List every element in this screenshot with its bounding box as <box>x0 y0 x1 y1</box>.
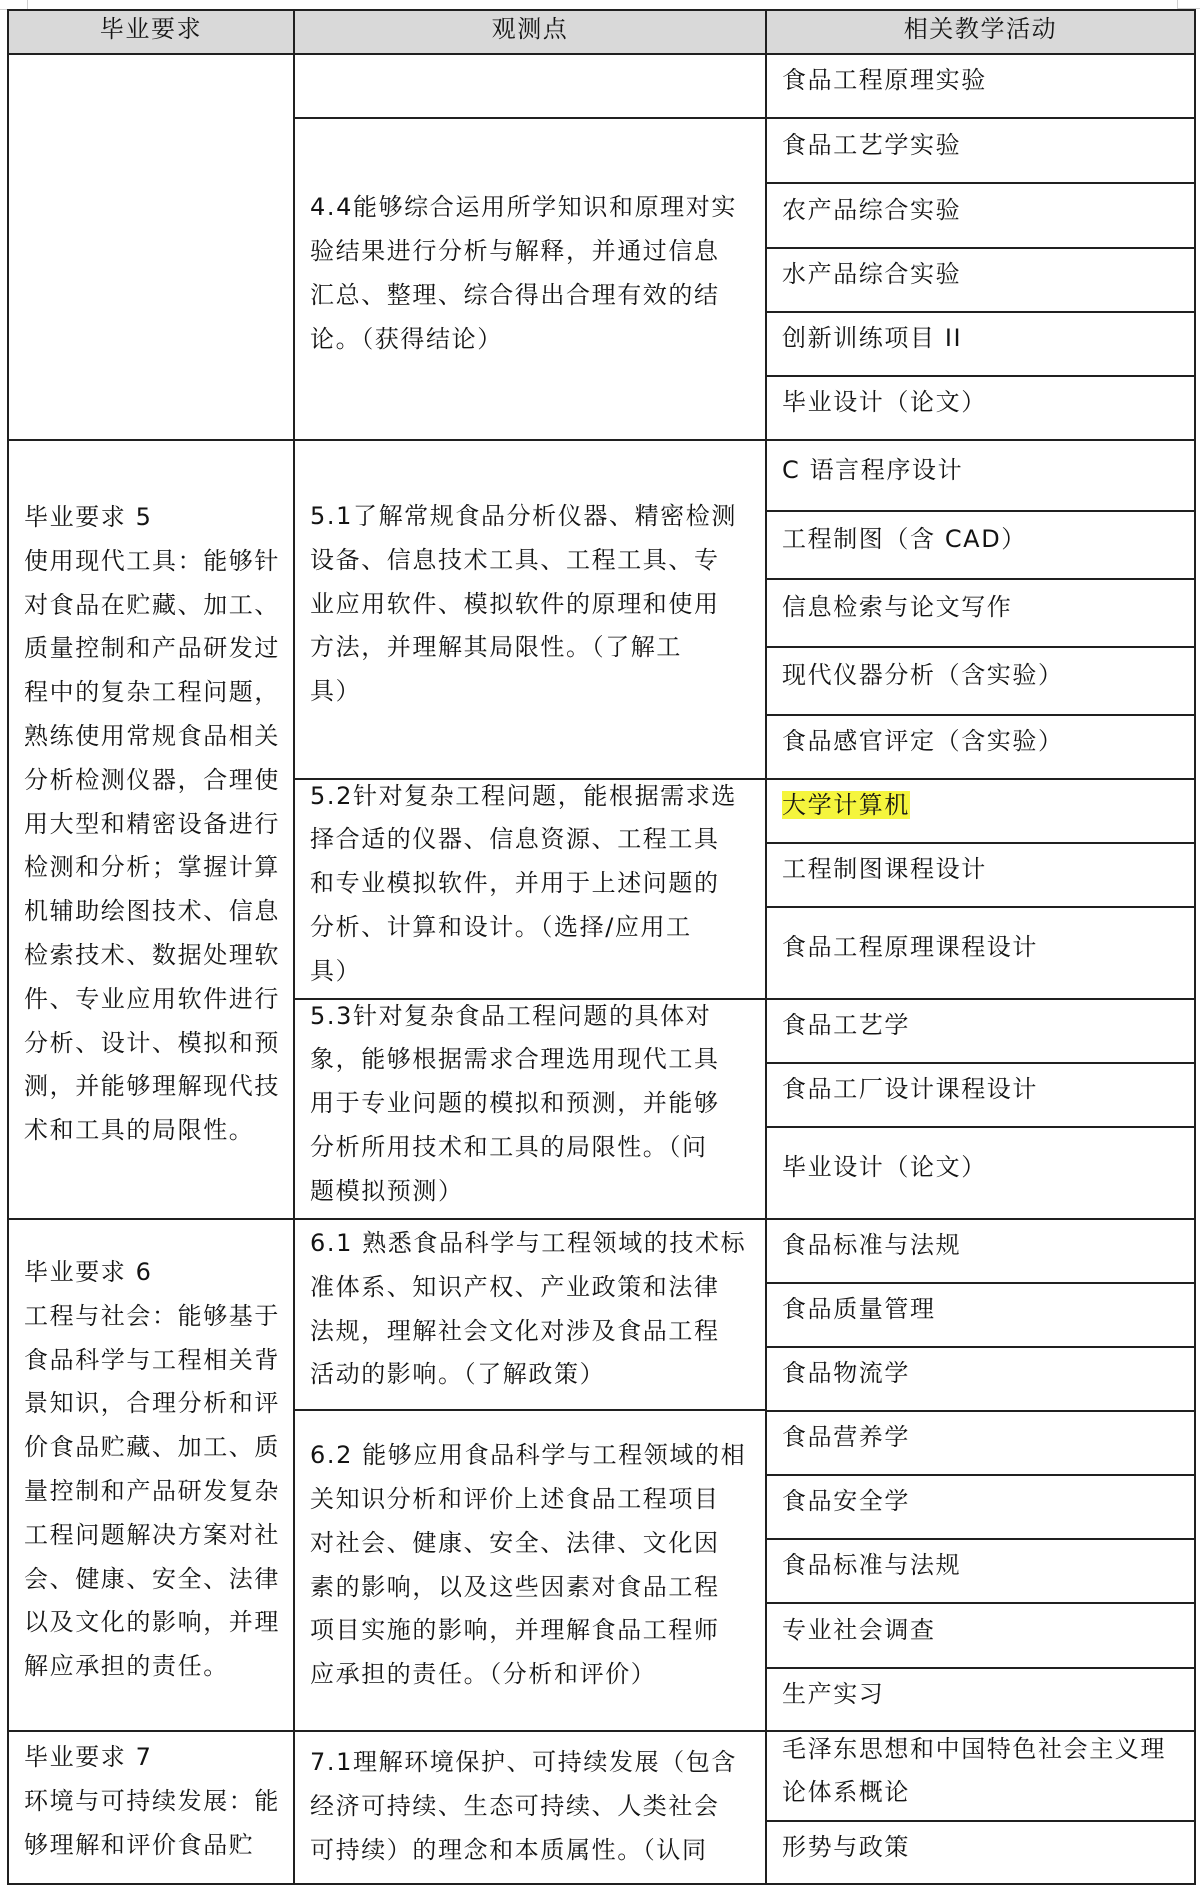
activity-label: 农产品综合实验 <box>782 189 1186 233</box>
requirement-title: 毕业要求 5 <box>24 496 285 540</box>
activity-label: 食品质量管理 <box>782 1288 1186 1332</box>
requirement-body: 工程与社会：能够基于 食品科学与工程相关背 景知识，合理分析和评 价食品贮藏、加… <box>24 1295 285 1689</box>
activity-cell: 食品工程原理课程设计 <box>765 906 1196 1000</box>
activity-cell: 形势与政策 <box>765 1820 1196 1885</box>
activity-cell: 食品安全学 <box>765 1474 1196 1540</box>
activity-cell: 农产品综合实验 <box>765 182 1196 249</box>
observation-text: 6.2 能够应用食品科学与工程领域的相 关知识分析和评价上述食品工程项目 对社会… <box>310 1434 757 1697</box>
activity-label: 工程制图课程设计 <box>782 848 1186 892</box>
activity-label: 创新训练项目 II <box>782 317 1186 361</box>
activity-cell: 食品工厂设计课程设计 <box>765 1062 1196 1128</box>
observation-text: 5.2针对复杂工程问题，能根据需求选 择合适的仪器、信息资源、工程工具 和专业模… <box>310 775 757 994</box>
document-page: 毕业要求 观测点 相关教学活动 毕业要求 5 使用现代工具：能够针 对食品在贮藏… <box>0 0 1200 1895</box>
activity-cell: 食品感官评定（含实验） <box>765 714 1196 780</box>
observation-cell-5-1: 5.1了解常规食品分析仪器、精密检测 设备、信息技术工具、工程工具、专 业应用软… <box>293 439 767 780</box>
observation-cell-5-2: 5.2针对复杂工程问题，能根据需求选 择合适的仪器、信息资源、工程工具 和专业模… <box>293 778 767 1000</box>
activity-label: 信息检索与论文写作 <box>782 586 1186 630</box>
activity-label: 毕业设计（论文） <box>782 1146 1186 1190</box>
activity-label: 毛泽东思想和中国特色社会主义理 论体系概论 <box>782 1728 1186 1814</box>
activity-label: C 语言程序设计 <box>782 449 1186 493</box>
activity-label: 食品营养学 <box>782 1416 1186 1460</box>
activity-cell: 食品物流学 <box>765 1346 1196 1412</box>
activity-label: 现代仪器分析（含实验） <box>782 654 1186 698</box>
requirement-title: 毕业要求 6 <box>24 1251 285 1295</box>
activity-cell: 生产实习 <box>765 1667 1196 1732</box>
activity-cell: 食品工艺学实验 <box>765 117 1196 184</box>
activity-cell: 专业社会调查 <box>765 1602 1196 1669</box>
activity-cell: 毛泽东思想和中国特色社会主义理 论体系概论 <box>765 1730 1196 1822</box>
activity-cell: 毕业设计（论文） <box>765 1126 1196 1220</box>
activity-cell: 食品工程原理实验 <box>765 53 1196 119</box>
observation-cell-6-2: 6.2 能够应用食品科学与工程领域的相 关知识分析和评价上述食品工程项目 对社会… <box>293 1409 767 1732</box>
highlighted-activity-label: 大学计算机 <box>782 791 910 819</box>
observation-cell-4-4: 4.4能够综合运用所学知识和原理对实 验结果进行分析与解释，并通过信息 汇总、整… <box>293 117 767 441</box>
activity-cell: C 语言程序设计 <box>765 439 1196 512</box>
activity-label: 食品工厂设计课程设计 <box>782 1068 1186 1112</box>
activity-cell-highlighted: 大学计算机 <box>765 778 1196 844</box>
activity-cell: 食品标准与法规 <box>765 1218 1196 1284</box>
observation-text: 4.4能够综合运用所学知识和原理对实 验结果进行分析与解释，并通过信息 汇总、整… <box>310 186 757 361</box>
column-header-requirement-label: 毕业要求 <box>100 10 202 48</box>
column-header-activities: 相关教学活动 <box>765 9 1196 55</box>
activity-cell: 现代仪器分析（含实验） <box>765 646 1196 716</box>
activity-label: 食品工程原理实验 <box>782 59 1186 103</box>
activity-cell: 食品营养学 <box>765 1410 1196 1476</box>
activity-label: 专业社会调查 <box>782 1609 1186 1653</box>
activity-label: 毕业设计（论文） <box>782 381 1186 425</box>
activity-cell: 食品质量管理 <box>765 1282 1196 1348</box>
activity-cell: 食品工艺学 <box>765 998 1196 1064</box>
requirement-title: 毕业要求 7 <box>24 1736 285 1780</box>
column-header-requirement: 毕业要求 <box>7 9 295 55</box>
activity-cell: 水产品综合实验 <box>765 247 1196 313</box>
column-header-activities-label: 相关教学活动 <box>904 10 1058 48</box>
activity-cell: 毕业设计（论文） <box>765 375 1196 441</box>
requirement-cell-6: 毕业要求 6 工程与社会：能够基于 食品科学与工程相关背 景知识，合理分析和评 … <box>7 1218 295 1732</box>
activity-label: 食品物流学 <box>782 1352 1186 1396</box>
activity-label: 食品工艺学实验 <box>782 124 1186 168</box>
requirement-cell-7: 毕业要求 7 环境与可持续发展：能 够理解和评价食品贮 <box>7 1730 295 1885</box>
activity-label: 工程制图（含 CAD） <box>782 518 1186 562</box>
activity-label: 食品标准与法规 <box>782 1224 1186 1268</box>
activity-cell: 工程制图课程设计 <box>765 842 1196 908</box>
requirement-body: 使用现代工具：能够针 对食品在贮藏、加工、 质量控制和产品研发过 程中的复杂工程… <box>24 540 285 1153</box>
observation-cell-5-3: 5.3针对复杂食品工程问题的具体对 象，能够根据需求合理选用现代工具 用于专业问… <box>293 998 767 1220</box>
observation-cell-6-1: 6.1 熟悉食品科学与工程领域的技术标 准体系、知识产权、产业政策和法律 法规，… <box>293 1218 767 1411</box>
observation-cell-7-1: 7.1理解环境保护、可持续发展（包含 经济可持续、生态可持续、人类社会 可持续）… <box>293 1730 767 1885</box>
column-header-observation: 观测点 <box>293 9 767 55</box>
observation-text: 5.3针对复杂食品工程问题的具体对 象，能够根据需求合理选用现代工具 用于专业问… <box>310 995 757 1214</box>
observation-text: 6.1 熟悉食品科学与工程领域的技术标 准体系、知识产权、产业政策和法律 法规，… <box>310 1222 757 1397</box>
activity-label: 食品安全学 <box>782 1480 1186 1524</box>
activity-cell: 创新训练项目 II <box>765 311 1196 377</box>
activity-label: 形势与政策 <box>782 1826 1186 1870</box>
activity-label: 食品工程原理课程设计 <box>782 926 1186 970</box>
requirement-cell-4-continued <box>7 53 295 441</box>
activity-label: 生产实习 <box>782 1673 1186 1717</box>
activity-cell: 信息检索与论文写作 <box>765 578 1196 648</box>
activity-label: 食品工艺学 <box>782 1004 1186 1048</box>
activity-label: 食品感官评定（含实验） <box>782 720 1186 764</box>
observation-text: 7.1理解环境保护、可持续发展（包含 经济可持续、生态可持续、人类社会 可持续）… <box>310 1741 757 1872</box>
observation-cell-empty <box>293 53 767 119</box>
activity-label: 食品标准与法规 <box>782 1544 1186 1588</box>
activity-label: 水产品综合实验 <box>782 253 1186 297</box>
requirement-body: 环境与可持续发展：能 够理解和评价食品贮 <box>24 1780 285 1868</box>
column-header-observation-label: 观测点 <box>492 10 569 48</box>
requirement-cell-5: 毕业要求 5 使用现代工具：能够针 对食品在贮藏、加工、 质量控制和产品研发过 … <box>7 439 295 1220</box>
activity-cell: 食品标准与法规 <box>765 1538 1196 1604</box>
observation-text: 5.1了解常规食品分析仪器、精密检测 设备、信息技术工具、工程工具、专 业应用软… <box>310 495 757 714</box>
activity-cell: 工程制图（含 CAD） <box>765 510 1196 580</box>
